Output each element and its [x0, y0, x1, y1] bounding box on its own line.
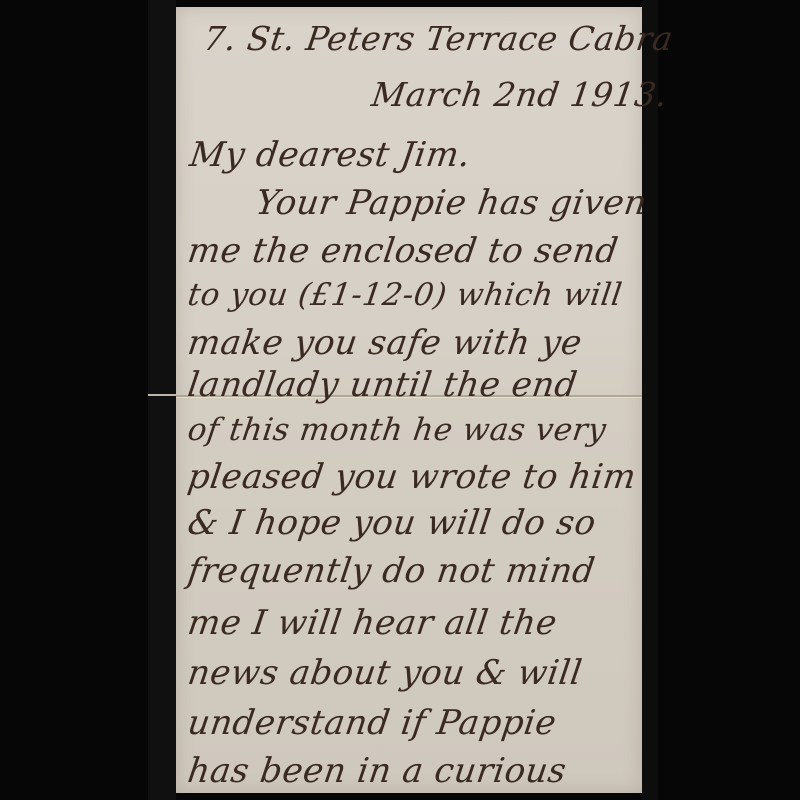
- frame-shadow-left: [148, 0, 176, 800]
- letter-line: make you safe with ye: [185, 323, 584, 363]
- letter-line: understand if Pappie: [185, 703, 559, 743]
- letter-page: 7. St. Peters Terrace Cabra March 2nd 19…: [176, 7, 642, 793]
- letter-address: 7. St. Peters Terrace Cabra: [201, 19, 675, 58]
- letter-line: to you (£1-12-0) which will: [185, 277, 624, 313]
- letter-line: landlady until the end: [185, 365, 580, 405]
- letter-line: pleased you wrote to him: [185, 457, 639, 497]
- letter-salutation: My dearest Jim.: [187, 135, 473, 175]
- frame-shadow-right: [642, 0, 658, 800]
- letter-line: Your Pappie has given: [253, 183, 649, 223]
- letter-line: me I will hear all the: [185, 603, 559, 643]
- letter-line: news about you & will: [185, 653, 585, 693]
- letter-date: March 2nd 1913.: [369, 75, 670, 114]
- letter-line: me the enclosed to send: [185, 231, 621, 271]
- letter-line: has been in a curious: [185, 751, 569, 791]
- letter-line: & I hope you will do so: [185, 503, 598, 543]
- letter-line: of this month he was very: [185, 412, 608, 448]
- photo-background: 7. St. Peters Terrace Cabra March 2nd 19…: [0, 0, 800, 800]
- letter-line: frequently do not mind: [185, 551, 597, 591]
- fold-crease-edge: [148, 394, 176, 396]
